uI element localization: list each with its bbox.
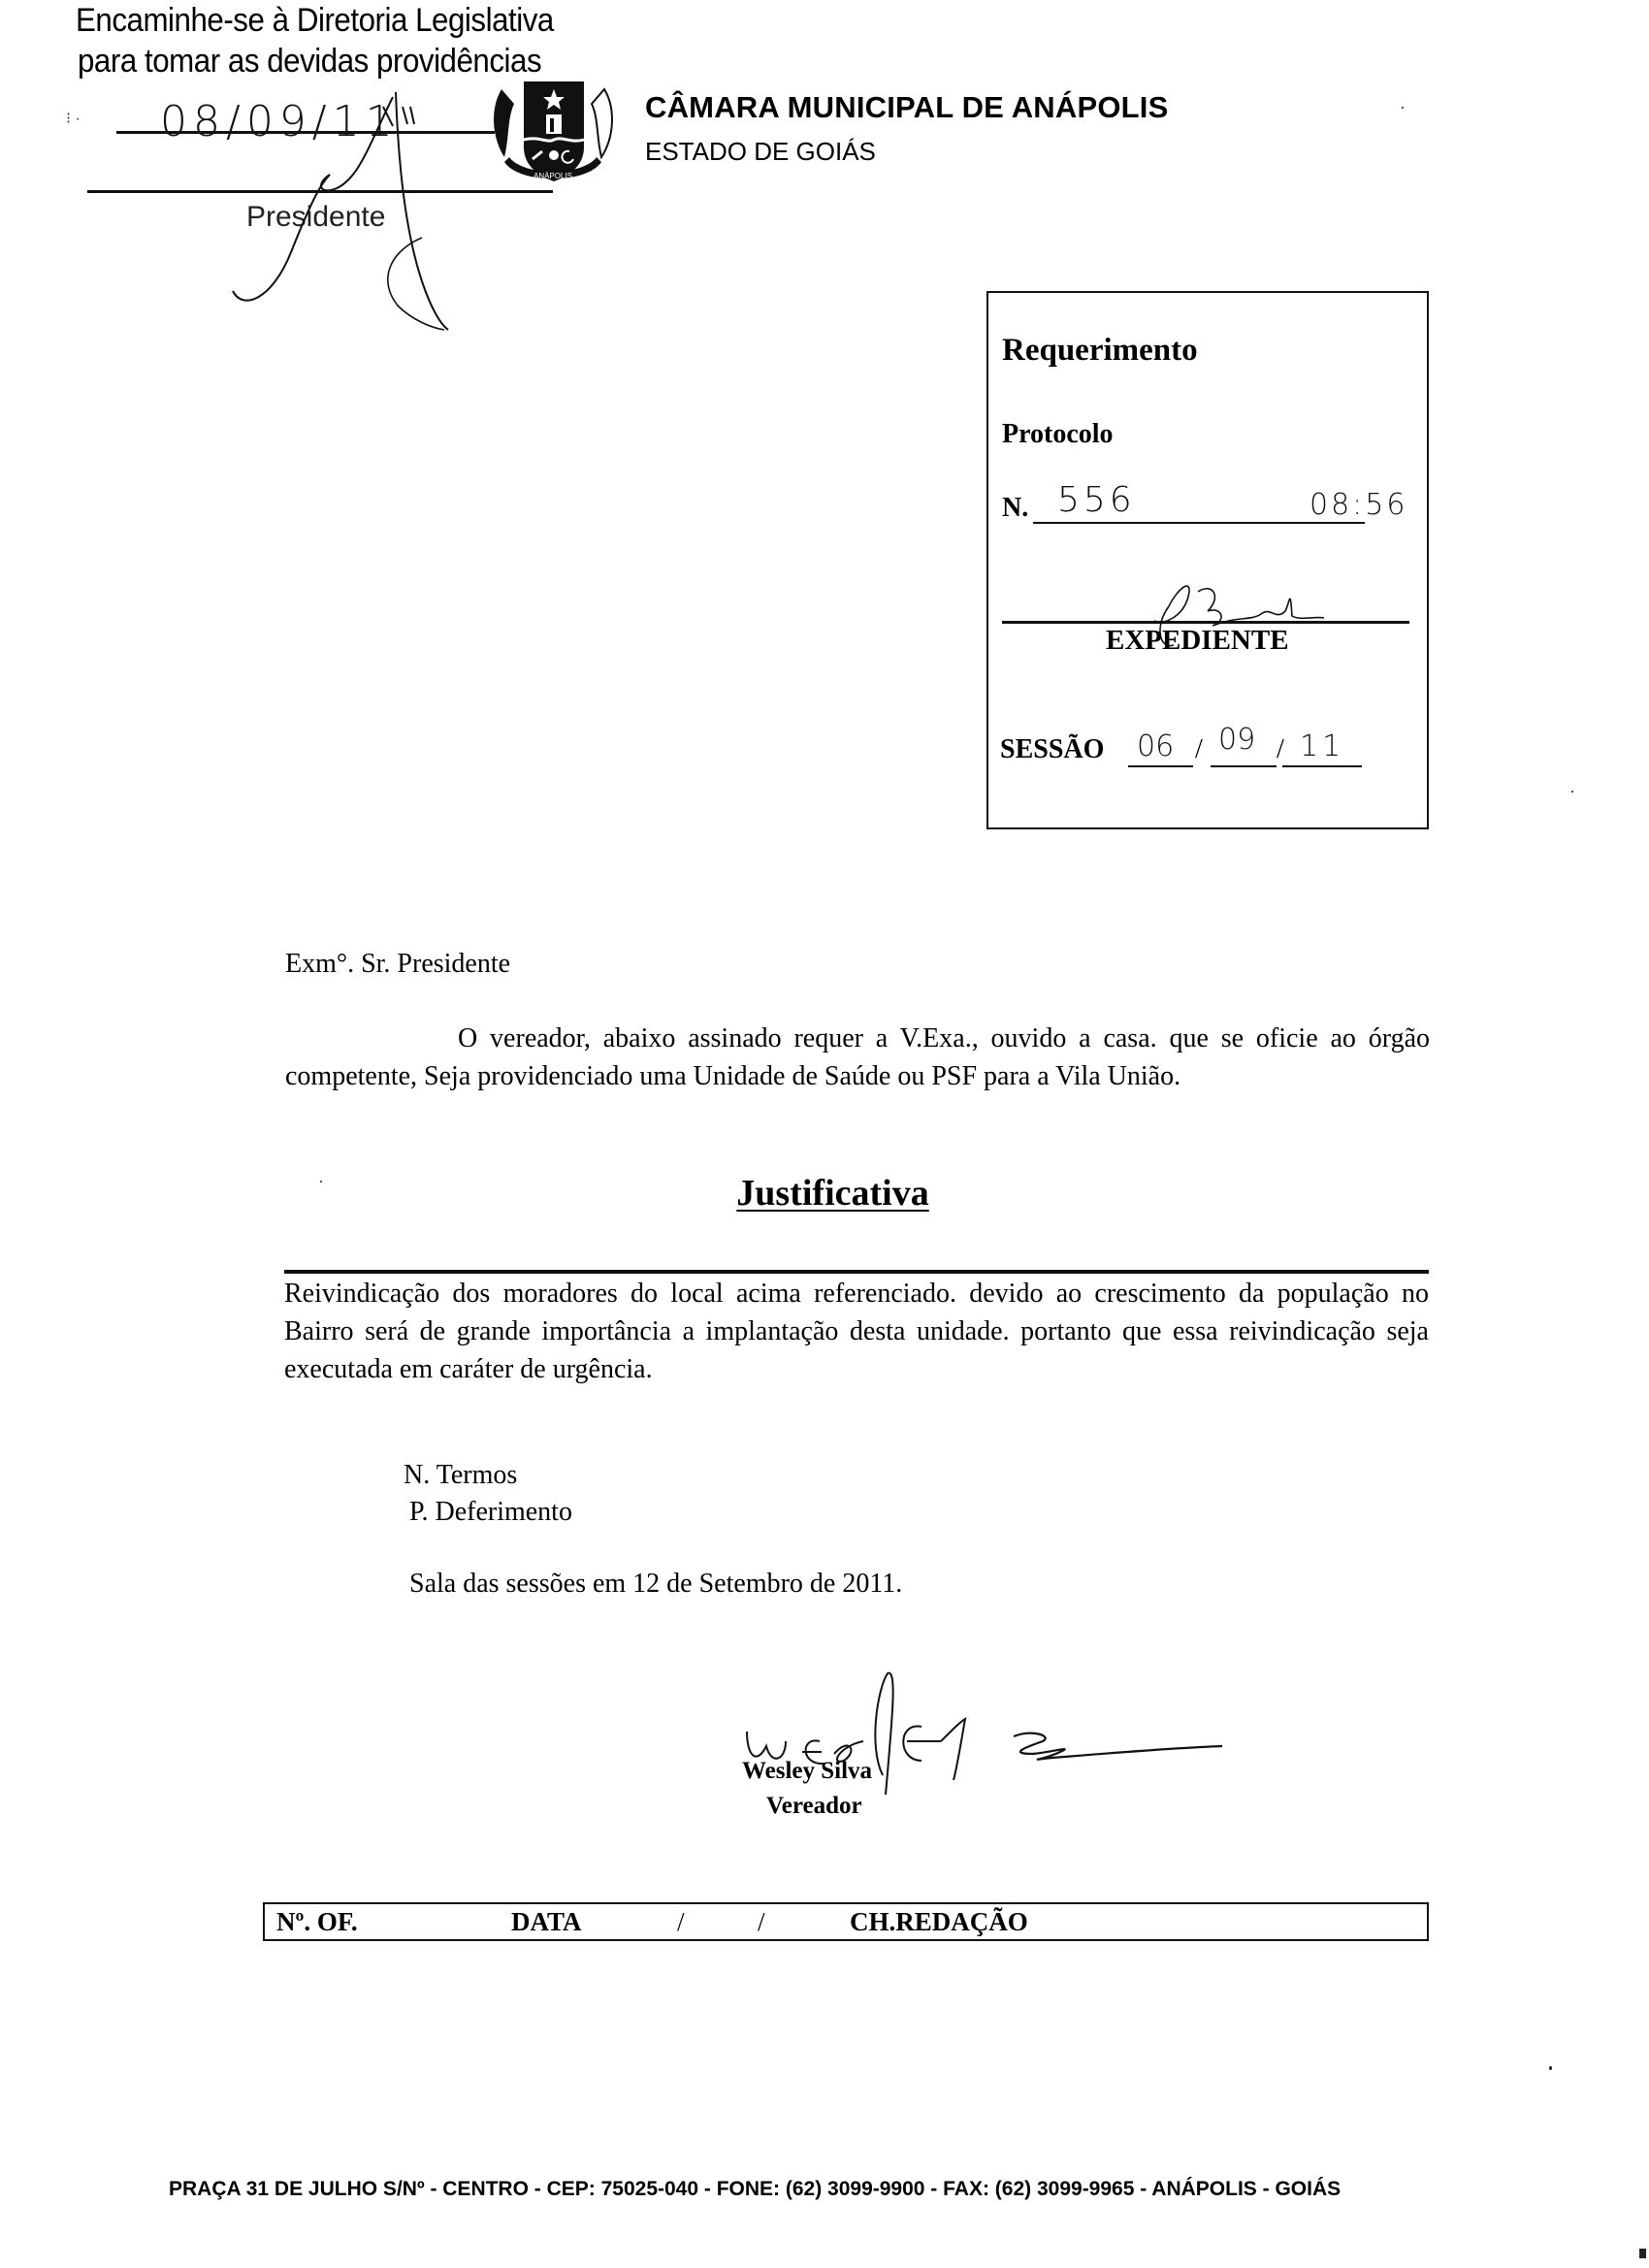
- protocol-session-label: SESSÃO: [1000, 734, 1104, 765]
- place-and-date: Sala das sessões em 12 de Setembro de 20…: [409, 1569, 902, 1600]
- closing-request: P. Deferimento: [409, 1497, 572, 1528]
- office-record-box: Nº. OF. DATA / / CH.REDAÇÃO: [263, 1902, 1429, 1941]
- footer-address: PRAÇA 31 DE JULHO S/Nº - CENTRO - CEP: 7…: [169, 2178, 1341, 2201]
- office-date-separator-1: /: [677, 1907, 685, 1937]
- president-signature: [223, 87, 456, 340]
- office-number-label: Nº. OF.: [276, 1907, 358, 1937]
- session-year-value: 11: [1300, 729, 1344, 763]
- justification-rule: [284, 1270, 1429, 1274]
- signer-name: Wesley Silva: [742, 1758, 872, 1785]
- session-month-value: 09: [1218, 723, 1255, 757]
- scan-artifact: [1571, 791, 1573, 793]
- scanned-document-page: { "stamp": { "line1": "Encaminhe-se à Di…: [0, 0, 1649, 2268]
- svg-text:ANÁPOLIS: ANÁPOLIS: [533, 172, 572, 180]
- salutation: Exm°. Sr. Presidente: [285, 949, 510, 980]
- scan-artifact: [320, 1181, 322, 1183]
- session-separator: /: [1195, 734, 1203, 765]
- office-date-separator-2: /: [758, 1907, 765, 1937]
- session-day-line: [1128, 765, 1193, 767]
- coat-of-arms-icon: ANÁPOLIS: [490, 70, 616, 191]
- protocol-label: Protocolo: [1002, 419, 1114, 450]
- organization-title: CÂMARA MUNICIPAL DE ANÁPOLIS: [645, 90, 1169, 125]
- office-redaction-label: CH.REDAÇÃO: [850, 1907, 1028, 1937]
- scan-artifact: [1639, 2249, 1646, 2258]
- scan-artifact: [1549, 2066, 1552, 2070]
- stamp-date-prefix-marks: ⁝ ·: [66, 109, 81, 128]
- request-paragraph: O vereador, abaixo assinado requer a V.E…: [285, 1020, 1430, 1095]
- session-day-value: 06: [1137, 729, 1174, 763]
- session-year-line: [1282, 765, 1362, 767]
- organization-state: ESTADO DE GOIÁS: [645, 137, 876, 167]
- protocol-section: EXPEDIENTE: [1106, 625, 1289, 657]
- protocol-number-value: 556: [1057, 480, 1136, 520]
- signer-role: Vereador: [766, 1793, 862, 1820]
- protocol-signature-line: [1002, 621, 1409, 624]
- request-text: O vereador, abaixo assinado requer a V.E…: [285, 1023, 1430, 1091]
- dispatch-stamp-line-1: Encaminhe-se à Diretoria Legislativa: [76, 2, 554, 40]
- scan-artifact: [1402, 107, 1404, 109]
- protocol-time-value: 08:56: [1309, 488, 1407, 522]
- justification-heading: Justificativa: [0, 1172, 1649, 1215]
- justification-title: Justificativa: [736, 1173, 928, 1214]
- protocol-title: Requerimento: [1002, 333, 1198, 369]
- justification-paragraph: Reivindicação dos moradores do local aci…: [284, 1275, 1429, 1388]
- protocol-number-label: N.: [1002, 493, 1028, 524]
- dispatch-stamp-line-2: para tomar as devidas providências: [78, 43, 541, 81]
- session-separator: /: [1277, 734, 1284, 765]
- closing-terms: N. Termos: [404, 1460, 517, 1491]
- office-date-label: DATA: [511, 1907, 582, 1937]
- session-month-line: [1211, 765, 1277, 767]
- protocol-number-line: [1033, 522, 1365, 524]
